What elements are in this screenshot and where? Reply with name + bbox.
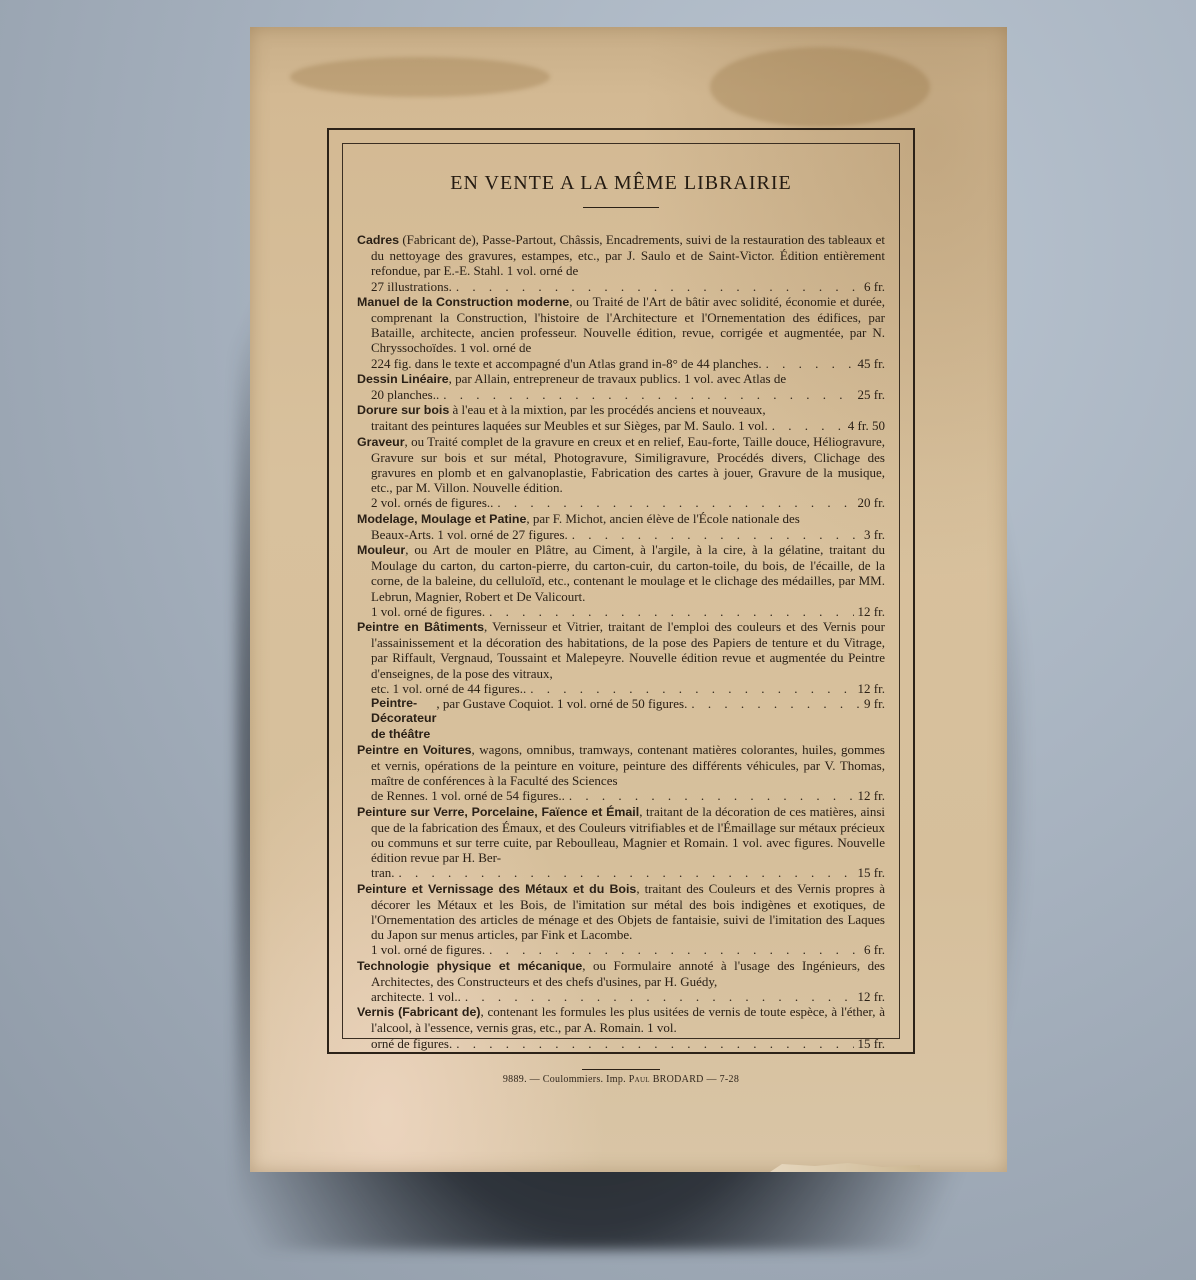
outer-border-frame: EN VENTE A LA MÊME LIBRAIRIE Cadres (Fab… bbox=[327, 128, 915, 1054]
entry-description: , par Allain, entrepreneur de travaux pu… bbox=[449, 371, 787, 386]
catalog-entry: Mouleur, ou Art de mouler en Plâtre, au … bbox=[357, 542, 885, 619]
entry-title: Manuel de la Construction moderne bbox=[357, 295, 569, 309]
entry-price: 45 fr. bbox=[858, 356, 885, 371]
leader-dots: . . . . . . . . . . . . . . . . . . . . … bbox=[497, 495, 853, 510]
catalog-entry: Peinture sur Verre, Porcelaine, Faïence … bbox=[357, 804, 885, 881]
entry-price: 12 fr. bbox=[858, 604, 885, 619]
entry-title: Graveur bbox=[357, 435, 405, 449]
leader-dots: . . . . . . . . . . . . . . . . . . . . … bbox=[456, 1036, 853, 1051]
entry-price: 3 fr. bbox=[864, 527, 885, 542]
entry-price-line: 1 vol. orné de figures.. . . . . . . . .… bbox=[371, 942, 885, 957]
entry-price: 9 fr. bbox=[864, 696, 885, 742]
torn-edge bbox=[770, 1162, 920, 1172]
inner-border-frame: EN VENTE A LA MÊME LIBRAIRIE Cadres (Fab… bbox=[342, 143, 900, 1039]
catalog-entry: Vernis (Fabricant de), contenant les for… bbox=[357, 1004, 885, 1051]
leader-dots: . . . . . . . . . . . . . . . . . . . . … bbox=[530, 681, 853, 696]
entry-last-line: traitant des peintures laquées sur Meubl… bbox=[371, 418, 768, 433]
entry-price: 6 fr. bbox=[864, 942, 885, 957]
entry-description: à l'eau et à la mixtion, par les procédé… bbox=[449, 402, 765, 417]
imprint-printer: BRODARD bbox=[650, 1074, 704, 1085]
leader-dots: . . . . . . . . . . . . . . . . . . . . … bbox=[465, 989, 854, 1004]
entry-title: Vernis (Fabricant de) bbox=[357, 1005, 481, 1019]
catalog-entry: Cadres (Fabricant de), Passe-Partout, Ch… bbox=[357, 232, 885, 294]
catalog-entry: Peintre en Voitures, wagons, omnibus, tr… bbox=[357, 742, 885, 804]
entry-price-line: orné de figures.. . . . . . . . . . . . … bbox=[371, 1036, 885, 1051]
entry-price: 6 fr. bbox=[864, 279, 885, 294]
catalog-entry: Dorure sur bois à l'eau et à la mixtion,… bbox=[357, 402, 885, 433]
entry-last-line: etc. 1 vol. orné de 44 figures.. bbox=[371, 681, 526, 696]
entry-last-line: tran. bbox=[371, 865, 394, 880]
entry-title: Mouleur bbox=[357, 543, 405, 557]
entry-price-line: de Rennes. 1 vol. orné de 54 figures... … bbox=[371, 788, 885, 803]
leader-dots: . . . . . . . . . . . . . . . . . . . . … bbox=[456, 279, 860, 294]
leader-dots: . . . . . . . . . . . . . . . . . . . . … bbox=[772, 418, 844, 433]
entry-title: Peintre en Bâtiments bbox=[357, 620, 484, 634]
entry-price-line: Peintre-Décorateur de théâtre, par Gusta… bbox=[371, 696, 885, 742]
catalog-entry: Technologie physique et mécanique, ou Fo… bbox=[357, 958, 885, 1005]
leader-dots: . . . . . . . . . . . . . . . . . . . . … bbox=[398, 865, 853, 880]
entry-price: 12 fr. bbox=[858, 681, 885, 696]
catalog-entry: Peintre en Bâtiments, Vernisseur et Vitr… bbox=[357, 619, 885, 696]
title-rule bbox=[583, 207, 659, 208]
entry-last-line: 224 fig. dans le texte et accompagné d'u… bbox=[371, 356, 762, 371]
entry-price-line: traitant des peintures laquées sur Meubl… bbox=[371, 418, 885, 433]
entry-price-line: architecte. 1 vol... . . . . . . . . . .… bbox=[371, 989, 885, 1004]
entry-title: Peinture sur Verre, Porcelaine, Faïence … bbox=[357, 805, 639, 819]
imprint-printer-prefix: Paul bbox=[629, 1074, 650, 1085]
entry-price-line: 1 vol. orné de figures.. . . . . . . . .… bbox=[371, 604, 885, 619]
entry-price-line: tran.. . . . . . . . . . . . . . . . . .… bbox=[371, 865, 885, 880]
entry-title: Dessin Linéaire bbox=[357, 372, 449, 386]
catalog-entry: Peintre-Décorateur de théâtre, par Gusta… bbox=[357, 696, 885, 742]
catalog-entry: Manuel de la Construction moderne, ou Tr… bbox=[357, 294, 885, 371]
entry-last-line: , par Gustave Coquiot. 1 vol. orné de 50… bbox=[436, 696, 687, 742]
entry-price-line: 27 illustrations.. . . . . . . . . . . .… bbox=[371, 279, 885, 294]
entry-last-line: orné de figures. bbox=[371, 1036, 452, 1051]
imprint-number: 9889. bbox=[503, 1074, 527, 1085]
entry-title: Cadres bbox=[357, 233, 399, 247]
catalog-entry: Modelage, Moulage et Patine, par F. Mich… bbox=[357, 511, 885, 542]
catalog-title: EN VENTE A LA MÊME LIBRAIRIE bbox=[357, 172, 885, 195]
paper-stain bbox=[710, 47, 930, 127]
entry-title: Dorure sur bois bbox=[357, 403, 449, 417]
entry-price: 15 fr. bbox=[858, 1036, 885, 1051]
entry-price: 12 fr. bbox=[858, 989, 885, 1004]
printer-imprint: 9889. — Coulommiers. Imp. Paul BRODARD —… bbox=[357, 1074, 885, 1085]
imprint-date: 7-28 bbox=[720, 1074, 740, 1085]
paper-stain bbox=[290, 57, 550, 97]
catalog-entry: Graveur, ou Traité complet de la gravure… bbox=[357, 434, 885, 511]
entry-price: 12 fr. bbox=[858, 788, 885, 803]
entry-price: 20 fr. bbox=[858, 495, 885, 510]
leader-dots: . . . . . . . . . . . . . . . . . . . . … bbox=[766, 356, 854, 371]
leader-dots: . . . . . . . . . . . . . . . . . . . . … bbox=[691, 696, 860, 742]
entry-price: 15 fr. bbox=[858, 865, 885, 880]
entry-price-line: etc. 1 vol. orné de 44 figures... . . . … bbox=[371, 681, 885, 696]
entry-last-line: 1 vol. orné de figures. bbox=[371, 604, 485, 619]
leader-dots: . . . . . . . . . . . . . . . . . . . . … bbox=[443, 387, 853, 402]
book-back-cover: EN VENTE A LA MÊME LIBRAIRIE Cadres (Fab… bbox=[250, 27, 1007, 1172]
entry-title: Modelage, Moulage et Patine bbox=[357, 512, 526, 526]
entry-last-line: de Rennes. 1 vol. orné de 54 figures.. bbox=[371, 788, 565, 803]
entry-price-line: 224 fig. dans le texte et accompagné d'u… bbox=[371, 356, 885, 371]
leader-dots: . . . . . . . . . . . . . . . . . . . . … bbox=[489, 604, 853, 619]
entry-price: 25 fr. bbox=[858, 387, 885, 402]
entry-description: , ou Traité complet de la gravure en cre… bbox=[371, 434, 885, 496]
leader-dots: . . . . . . . . . . . . . . . . . . . . … bbox=[572, 527, 860, 542]
entry-last-line: architecte. 1 vol.. bbox=[371, 989, 461, 1004]
imprint-place: Coulommiers. Imp. bbox=[543, 1074, 629, 1085]
entry-last-line: 20 planches.. bbox=[371, 387, 439, 402]
book-catalog-list: Cadres (Fabricant de), Passe-Partout, Ch… bbox=[357, 232, 885, 1051]
entry-title: Technologie physique et mécanique bbox=[357, 959, 582, 973]
entry-description: , par F. Michot, ancien élève de l'École… bbox=[526, 511, 799, 526]
leader-dots: . . . . . . . . . . . . . . . . . . . . … bbox=[489, 942, 860, 957]
entry-title: Peintre en Voitures bbox=[357, 743, 471, 757]
entry-description: (Fabricant de), Passe-Partout, Châssis, … bbox=[371, 232, 885, 278]
entry-description: , ou Art de mouler en Plâtre, au Ciment,… bbox=[371, 542, 885, 604]
entry-price-line: 20 planches... . . . . . . . . . . . . .… bbox=[371, 387, 885, 402]
entry-price-line: 2 vol. ornés de figures... . . . . . . .… bbox=[371, 495, 885, 510]
leader-dots: . . . . . . . . . . . . . . . . . . . . … bbox=[569, 788, 854, 803]
entry-title: Peinture et Vernissage des Métaux et du … bbox=[357, 882, 636, 896]
entry-last-line: 1 vol. orné de figures. bbox=[371, 942, 485, 957]
catalog-entry: Dessin Linéaire, par Allain, entrepreneu… bbox=[357, 371, 885, 402]
entry-title: Peintre-Décorateur de théâtre bbox=[371, 696, 436, 742]
entry-last-line: 27 illustrations. bbox=[371, 279, 452, 294]
entry-price: 4 fr. 50 bbox=[848, 418, 885, 433]
entry-last-line: 2 vol. ornés de figures.. bbox=[371, 495, 493, 510]
catalog-entry: Peinture et Vernissage des Métaux et du … bbox=[357, 881, 885, 958]
entry-price-line: Beaux-Arts. 1 vol. orné de 27 figures.. … bbox=[371, 527, 885, 542]
entry-last-line: Beaux-Arts. 1 vol. orné de 27 figures. bbox=[371, 527, 568, 542]
footer-rule bbox=[582, 1069, 660, 1070]
